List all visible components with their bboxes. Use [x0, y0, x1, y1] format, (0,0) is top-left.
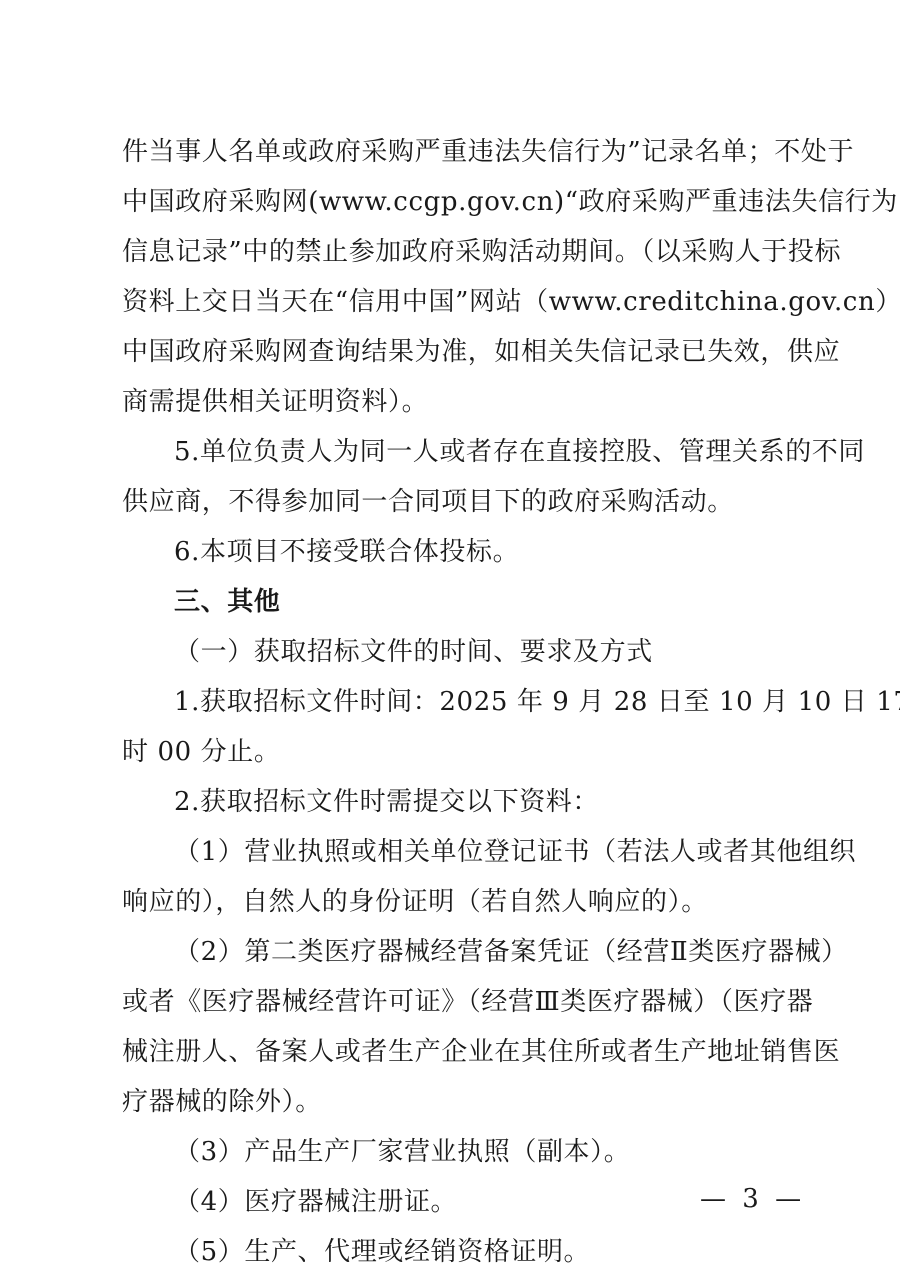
text-line: 时 00 分止。 [122, 736, 782, 768]
page-number: — 3 — [700, 1183, 805, 1215]
text-line: 2.获取招标文件时需提交以下资料： [174, 786, 834, 818]
text-line: 商需提供相关证明资料）。 [122, 386, 782, 418]
text-line: 6.本项目不接受联合体投标。 [174, 536, 834, 568]
text-line: 供应商，不得参加同一合同项目下的政府采购活动。 [122, 486, 782, 518]
text-line: （5）生产、代理或经销资格证明。 [174, 1236, 834, 1267]
text-line: 中国政府采购网(www.ccgp.gov.cn)“政府采购严重违法失信行为 [122, 186, 782, 218]
text-line: 资料上交日当天在“信用中国”网站（www.creditchina.gov.cn）… [122, 286, 782, 318]
text-line: 件当事人名单或政府采购严重违法失信行为”记录名单；不处于 [122, 136, 782, 168]
document-page: 件当事人名单或政府采购严重违法失信行为”记录名单；不处于 中国政府采购网(www… [0, 0, 900, 1267]
text-line: 中国政府采购网查询结果为准，如相关失信记录已失效，供应 [122, 336, 782, 368]
text-line: 5.单位负责人为同一人或者存在直接控股、管理关系的不同 [174, 436, 834, 468]
section-heading: 三、其他 [174, 586, 834, 618]
text-line: （1）营业执照或相关单位登记证书（若法人或者其他组织 [174, 836, 834, 868]
text-line: 疗器械的除外）。 [122, 1086, 782, 1118]
text-line: （2）第二类医疗器械经营备案凭证（经营Ⅱ类医疗器械） [174, 936, 834, 968]
subsection-heading: （一）获取招标文件的时间、要求及方式 [174, 636, 834, 668]
text-line: （3）产品生产厂家营业执照（副本）。 [174, 1136, 834, 1168]
text-line: 1.获取招标文件时间：2025 年 9 月 28 日至 10 月 10 日 17 [174, 686, 834, 718]
text-line: 械注册人、备案人或者生产企业在其住所或者生产地址销售医 [122, 1036, 782, 1068]
text-line: 信息记录”中的禁止参加政府采购活动期间。（以采购人于投标 [122, 236, 782, 268]
text-line: 或者《医疗器械经营许可证》（经营Ⅲ类医疗器械）（医疗器 [122, 986, 782, 1018]
text-line: 响应的），自然人的身份证明（若自然人响应的）。 [122, 886, 782, 918]
